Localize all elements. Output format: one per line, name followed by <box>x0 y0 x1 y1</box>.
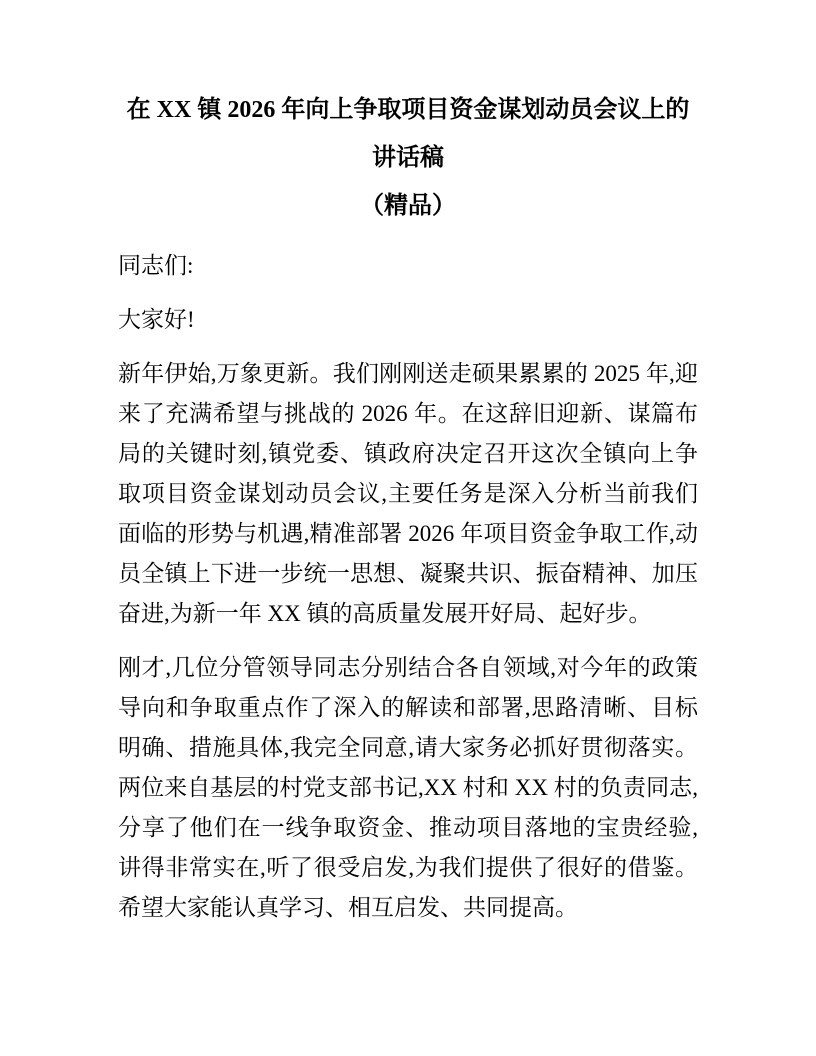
document-title: 在 XX 镇 2026 年向上争取项目资金谋划动员会议上的讲话稿 （精品） <box>118 86 698 230</box>
document-page: 在 XX 镇 2026 年向上争取项目资金谋划动员会议上的讲话稿 （精品） 同志… <box>0 0 816 1056</box>
greeting-paragraph: 大家好! <box>118 300 698 340</box>
document-title-line-1: 在 XX 镇 2026 年向上争取项目资金谋划动员会议上的讲话稿 <box>118 86 698 182</box>
opening-paragraph: 新年伊始,万象更新。我们刚刚送走硕果累累的 2025 年,迎来了充满希望与挑战的… <box>118 354 698 634</box>
acknowledgement-paragraph: 刚才,几位分管领导同志分别结合各自领域,对今年的政策导向和争取重点作了深入的解读… <box>118 648 698 928</box>
salutation-paragraph: 同志们: <box>118 246 698 286</box>
document-title-line-2: （精品） <box>118 182 698 230</box>
